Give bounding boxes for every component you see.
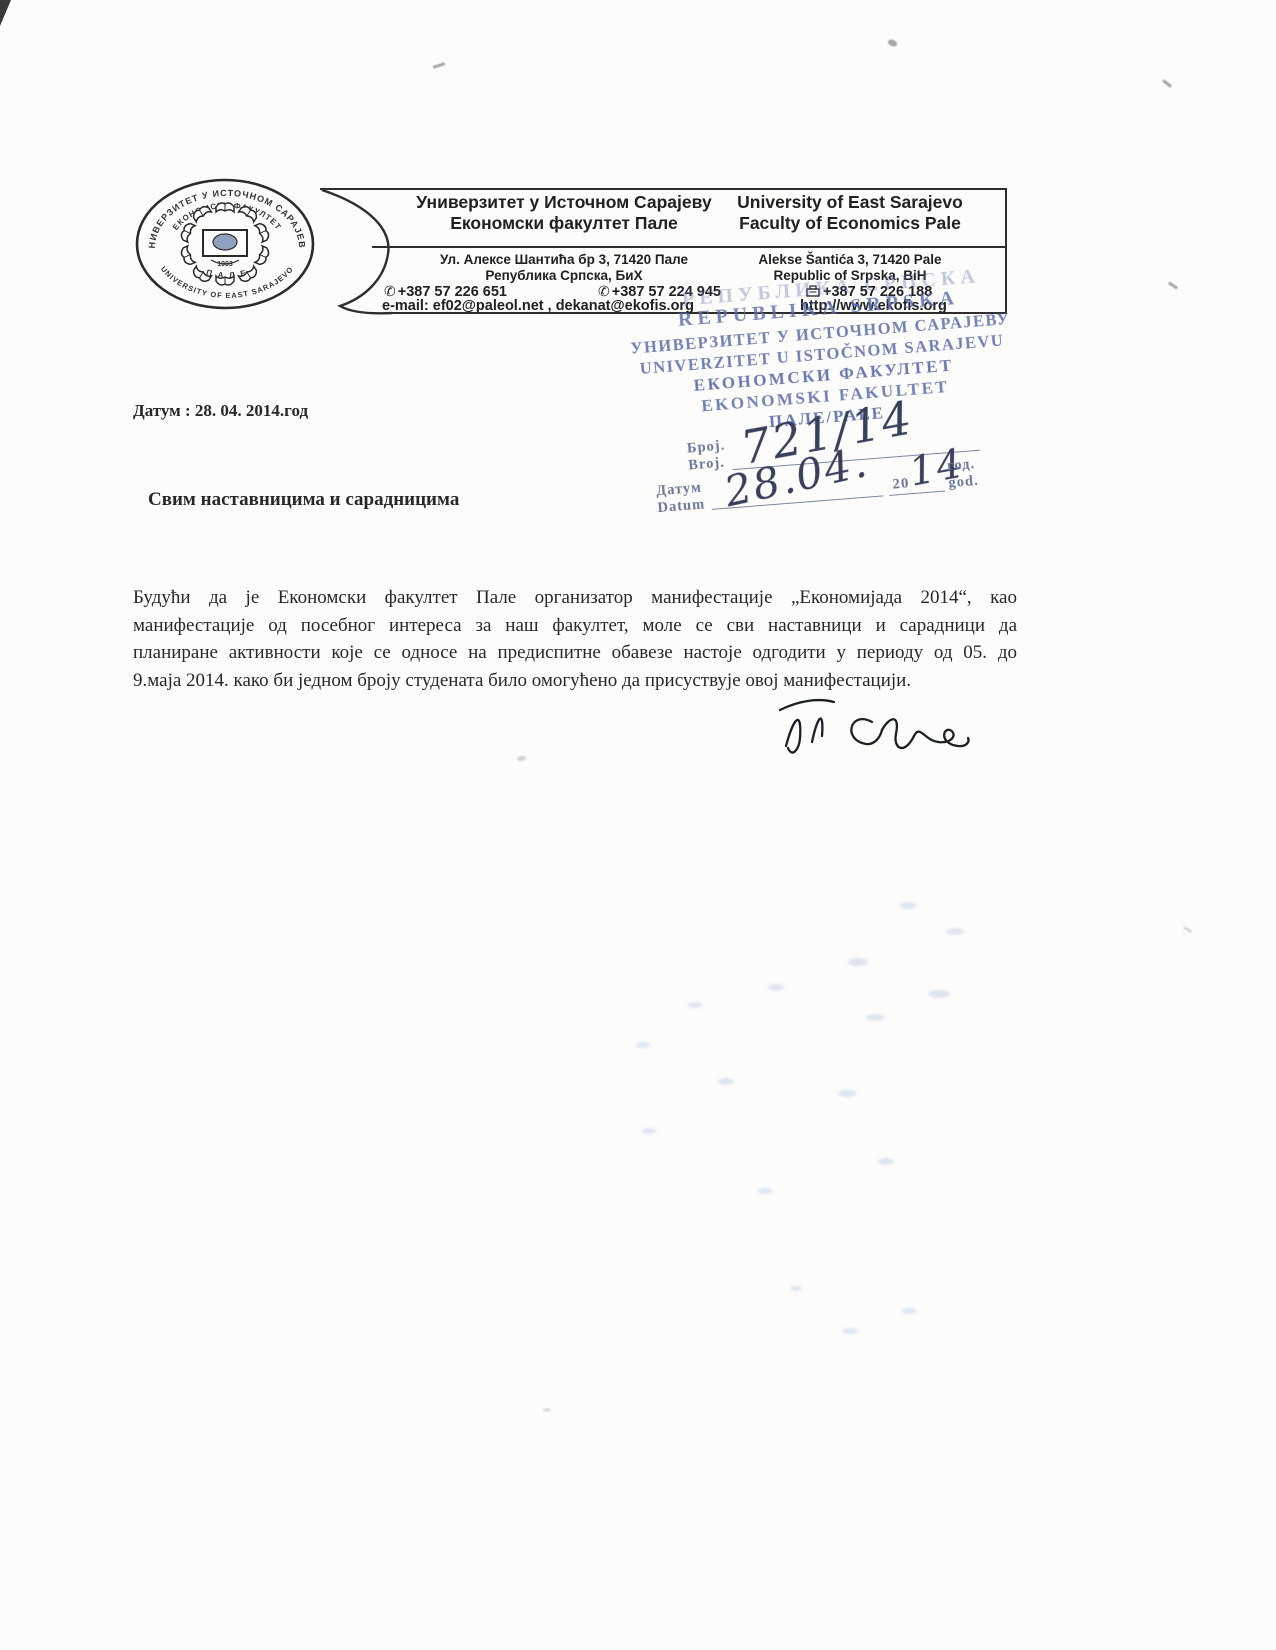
university-name-eng: University of East Sarajevo [700, 192, 1000, 213]
bleed-through-speck [866, 1014, 884, 1021]
address-cyrillic: Ул. Алексе Шантића бр 3, 71420 Пале Репу… [384, 252, 744, 284]
scanned-letter-page: УНИВЕРЗИТЕТ У ИСТОЧНОМ САРАЈЕВУ ЕКОНОМСК… [0, 0, 1276, 1650]
bleed-through-speck [900, 902, 916, 909]
handwritten-signature [762, 688, 977, 783]
header-top-rule [320, 188, 1007, 190]
letterhead-title-cyrillic: Универзитет у Источном Сарајеву Економск… [384, 192, 744, 234]
letter-date-line: Датум : 28. 04. 2014.год [133, 401, 308, 421]
bleed-through-speck [928, 990, 950, 998]
bleed-through-speck [878, 1158, 894, 1165]
letterhead-title-english: University of East Sarajevo Faculty of E… [700, 192, 1000, 234]
scan-mark [1183, 926, 1192, 933]
bleed-through-speck [790, 1286, 802, 1291]
faculty-name-eng: Faculty of Economics Pale [700, 213, 1000, 234]
faculty-name-cyr: Економски факултет Пале [384, 213, 744, 234]
street-cyr: Ул. Алексе Шантића бр 3, 71420 Пале [384, 252, 744, 268]
god-label-lat: god. [948, 473, 979, 492]
university-name-cyr: Универзитет у Источном Сарајеву [384, 192, 744, 213]
scan-mark [517, 755, 527, 761]
scan-mark [1162, 79, 1172, 88]
faculty-ink-stamp: РЕПУБЛИКА СРПСКА REPUBLIKA SRPSKA УНИВЕР… [597, 261, 1054, 530]
body-line-2: манифестације од посебног интереса за на… [133, 612, 1017, 640]
body-line-3: планиране активности које се односе на п… [133, 639, 1017, 667]
header-mid-rule [372, 246, 1007, 248]
bleed-through-speck [688, 1002, 702, 1008]
scan-mark [543, 1408, 551, 1412]
body-line-1: Будући да је Економски факултет Пале орг… [133, 584, 1017, 612]
scan-mark [1168, 281, 1178, 289]
scan-mark [433, 62, 445, 69]
bleed-through-speck [642, 1128, 656, 1134]
region-cyr: Република Српска, БиХ [384, 268, 744, 284]
bleed-through-speck [946, 928, 964, 935]
university-seal-logo: УНИВЕРЗИТЕТ У ИСТОЧНОМ САРАЈЕВУ ЕКОНОМСК… [133, 176, 317, 316]
bleed-through-speck [768, 984, 784, 991]
bleed-through-speck [902, 1308, 916, 1314]
scan-mark [887, 38, 898, 47]
letter-salutation: Свим наставницима и сарадницима [148, 489, 459, 511]
datum-label: Датум Datum [656, 479, 706, 517]
datum-label-lat: Datum [657, 496, 706, 517]
bleed-through-speck [636, 1042, 650, 1048]
scan-corner-artifact [0, 0, 11, 26]
bleed-through-speck [842, 1328, 858, 1334]
bleed-through-speck [838, 1090, 856, 1097]
bleed-through-speck [718, 1078, 734, 1085]
bleed-through-speck [758, 1188, 772, 1194]
year-prefix: 20 [892, 475, 910, 493]
bleed-through-speck [848, 958, 868, 966]
letter-body: Будући да је Економски факултет Пале орг… [133, 584, 1017, 694]
god-label: год. god. [947, 456, 980, 492]
street-eng: Alekse Šantića 3, 71420 Pale [700, 252, 1000, 268]
